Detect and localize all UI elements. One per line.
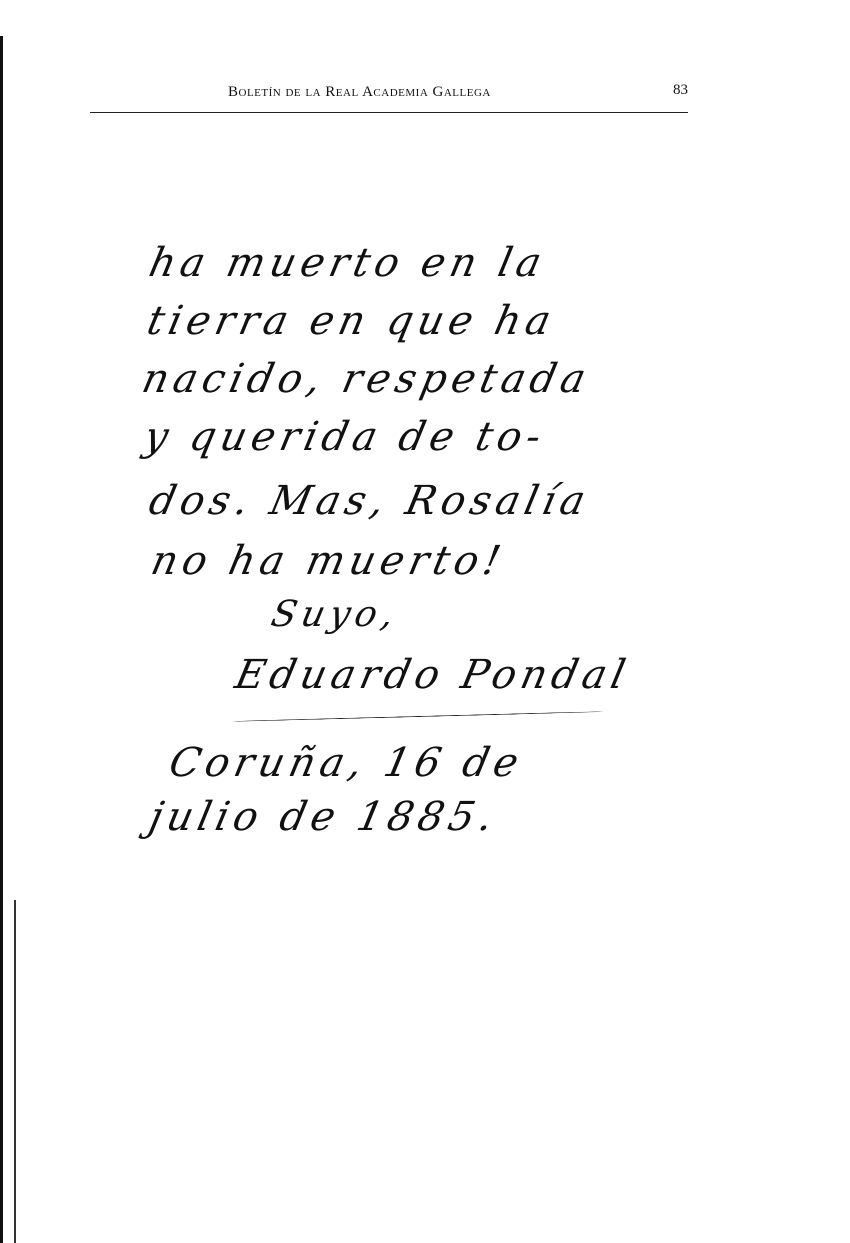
signature: Eduardo Pondal [231,652,634,698]
page-number: 83 [673,82,688,99]
place-date-line: Coruña, 16 de [165,740,527,786]
handwritten-line: no ha muerto! [147,538,509,584]
signature-flourish [230,711,605,722]
handwritten-line: ha muerto en la [145,240,550,286]
scan-edge-secondary [14,900,16,1243]
running-header: Boletín de la Real Academia Gallega 83 [90,80,688,113]
handwritten-line: tierra en que ha [143,298,560,344]
handwritten-line: dos. Mas, Rosalía [145,478,594,524]
place-date-line: julio de 1885. [145,794,502,840]
scan-edge [0,36,3,1243]
handwritten-line: y querida de to- [140,414,550,460]
handwritten-line: nacido, respetada [138,356,595,402]
journal-title: Boletín de la Real Academia Gallega [228,84,491,101]
closing: Suyo, [268,594,403,635]
